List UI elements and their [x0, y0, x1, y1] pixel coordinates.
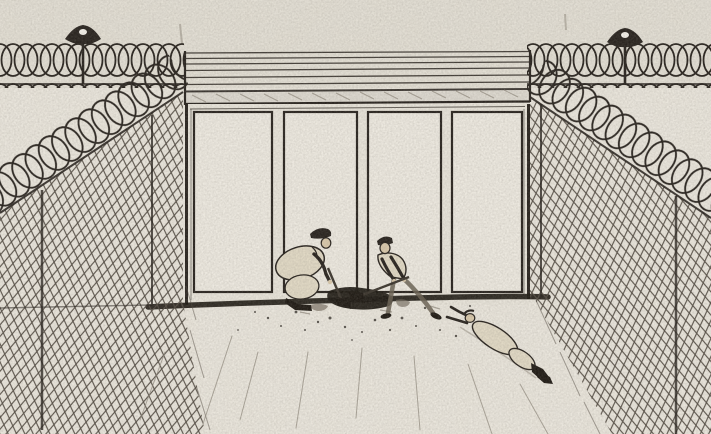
head	[380, 242, 390, 253]
head	[465, 314, 475, 323]
hand	[328, 280, 332, 284]
head	[321, 238, 331, 248]
gate	[148, 104, 548, 307]
sketch-scene	[0, 0, 711, 434]
gate-panel	[194, 112, 272, 292]
gate-panel	[452, 112, 522, 292]
sketch-drawing	[0, 0, 711, 434]
